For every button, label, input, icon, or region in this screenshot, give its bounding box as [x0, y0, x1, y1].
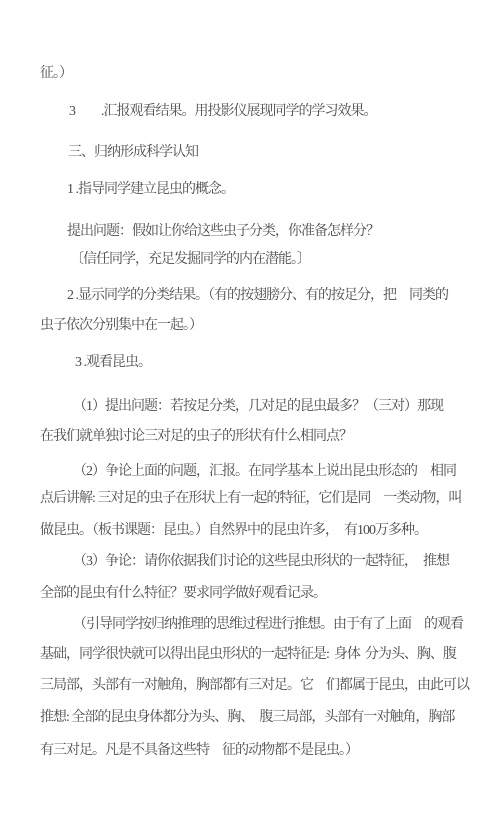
text-line: 3 .观看昆虫。 — [75, 353, 151, 373]
document-page: 征。）3 .汇报观看结果。用投影仪展现同学的学习效果。三、归纳形成科学认知1 .… — [0, 0, 500, 824]
text-line: 点后讲解: 三对足的虫子在形状上有一起的特征，它们是同 一类动物，叫 — [40, 489, 461, 509]
text-line: 虫子依次分别集中在一起。） — [40, 316, 202, 336]
text-line: 全部的昆虫有什么特征？要求同学做好观看记录。 — [40, 584, 326, 604]
text-line: 〔信任同学，充足发掘同学的内在潜能。〕 — [70, 250, 310, 270]
text-line: （2）争论上面的问题，汇报。在同学基本上说出昆虫形态的 相同 — [73, 462, 456, 482]
text-line: （引导同学按归纳推理的思维过程进行推想。由于有了上面 的观看 — [73, 615, 463, 635]
text-line: 在我们就单独讨论三对足的虫子的形状有什么相同点？ — [40, 427, 352, 447]
text-line: （3）争论：请你依据我们讨论的这些昆虫形状的一起特征， 推想 — [73, 552, 449, 572]
text-line: 3 .汇报观看结果。用投影仪展现同学的学习效果。 — [69, 102, 377, 122]
text-line: 2 .显示同学的分类结果。（有的按翅膀分、有的按足分，把 同类的 — [67, 286, 448, 306]
text-line: 基础，同学很快就可以得出昆虫形状的一起特征是: 身体 分为头、胸、腹 — [40, 645, 456, 665]
text-line: 1 .指导同学建立昆虫的概念。 — [67, 180, 234, 200]
text-line: （1）提出问题：若按足分类，几对足的昆虫最多？（三对）那现 — [73, 397, 443, 417]
text-line: 提出问题：假如让你给这些虫子分类，你准备怎样分？ — [67, 222, 379, 242]
text-line: 有三对足。凡是不具备这些特 征的动物都不是昆虫。） — [40, 741, 358, 761]
text-line: 三、归纳形成科学认知 — [68, 143, 198, 163]
text-line: 做昆虫。（板书课题：昆虫。）自然界中的昆虫许多， 有100万多种。 — [40, 521, 427, 541]
text-line: 推想: 全部的昆虫身体都分为头、胸、 腹三局部，头部有一对触角，胸部 — [40, 708, 454, 728]
text-line: 三局部，头部有一对触角，胸部都有三对足。它 们都属于昆虫，由此可以 — [40, 676, 469, 696]
text-line: 征。） — [40, 64, 72, 84]
